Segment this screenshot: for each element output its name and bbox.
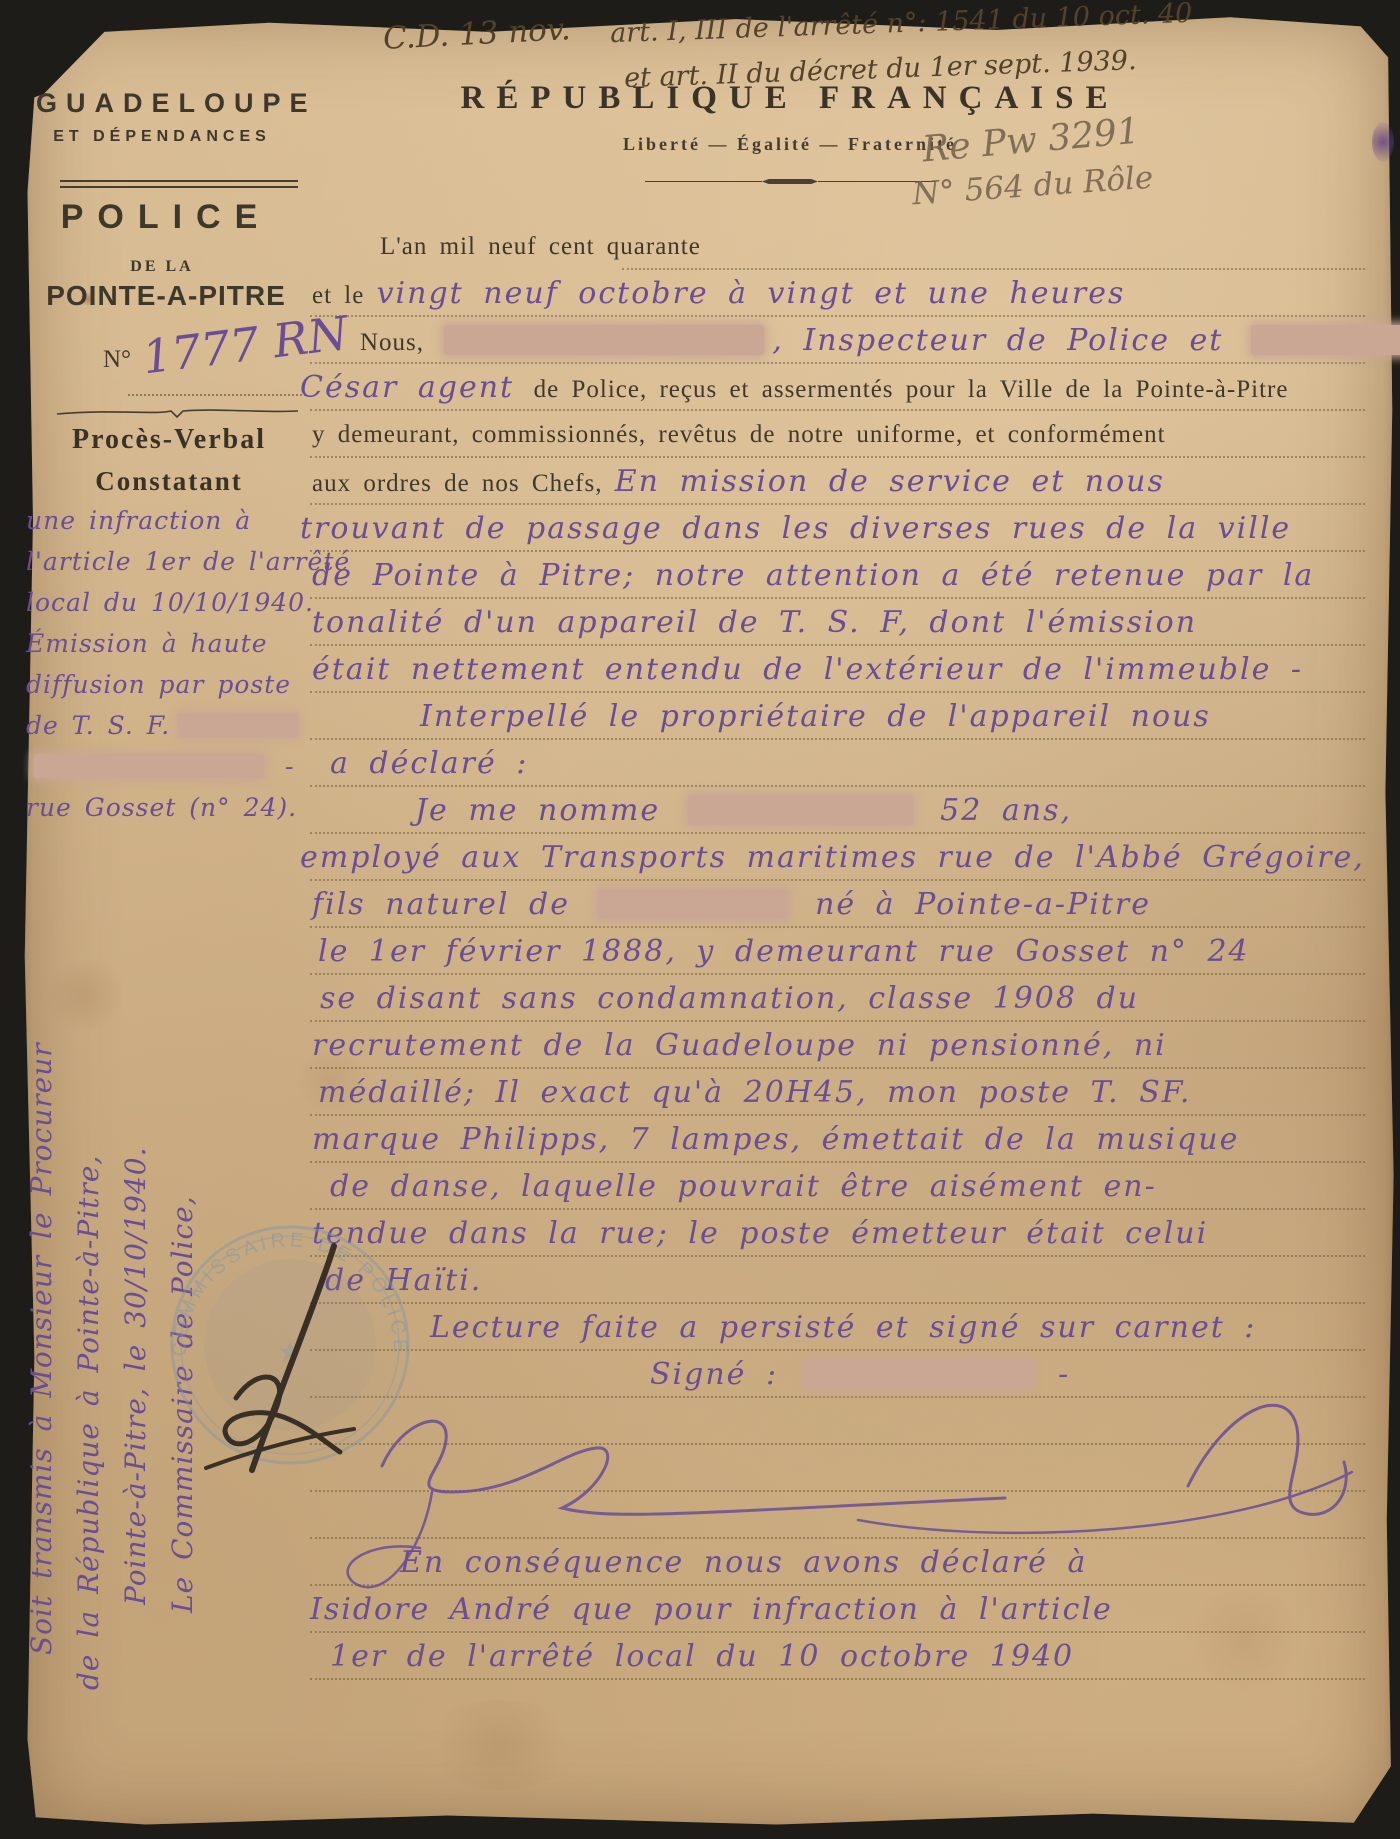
handwritten-text: de Haïti. (325, 1263, 482, 1298)
handwritten-text: César agent (300, 370, 534, 405)
body-line: César agent de Police, reçus et assermen… (300, 365, 1288, 411)
handwritten-text: diffusion par poste (26, 670, 291, 699)
case-number-label: N° (103, 346, 131, 374)
body-line: y demeurant, commissionnés, revêtus de n… (312, 412, 1166, 458)
letterhead-region-sub: ET DÉPENDANCES (36, 128, 288, 146)
handwritten-text: de Pointe à Pitre; notre attention a été… (312, 558, 1314, 593)
handwritten-text: tendue dans la rue; le poste émetteur ét… (312, 1216, 1208, 1251)
body-line: employé aux Transports maritimes rue de … (300, 835, 1365, 881)
body-line: tonalité d'un appareil de T. S. F, dont … (312, 600, 1197, 646)
body-line: Nous, , Inspecteur de Police et (360, 318, 1400, 364)
body-line: de Pointe à Pitre; notre attention a été… (312, 553, 1314, 599)
ruled-dotted-line (310, 1443, 1365, 1445)
ruled-dotted-line (310, 1537, 1365, 1539)
transmittal-line: Pointe-à-Pitre, le 30/10/1940. (112, 915, 159, 1705)
doc-type-line1: Procès-Verbal (24, 424, 314, 456)
body-line: trouvant de passage dans les diverses ru… (300, 506, 1291, 552)
printed-form-text: y demeurant, commissionnés, revêtus de n… (312, 421, 1166, 448)
redacted-text (34, 754, 264, 778)
margin-note-line: de T. S. F. (26, 705, 306, 746)
handwritten-text: En mission de service et nous (615, 464, 1165, 499)
body-line: de danse, laquelle pouvrait être aisémen… (330, 1164, 1157, 1210)
handwritten-text: Je me nomme (415, 793, 680, 828)
body-line: marque Philipps, 7 lampes, émettait de l… (312, 1117, 1239, 1163)
body-line: L'an mil neuf cent quarante (380, 224, 701, 270)
body-line: se disant sans condamnation, classe 1908… (320, 976, 1139, 1022)
body-line: le 1er février 1888, y demeurant rue Gos… (318, 929, 1250, 975)
handwritten-text: Interpellé le propriétaire de l'appareil… (420, 699, 1211, 734)
handwritten-text: vingt neuf octobre à vingt et une heures (377, 276, 1126, 311)
margin-note-line: - (26, 746, 294, 787)
handwritten-text: 1er de l'arrêté local du 10 octobre 1940 (330, 1639, 1074, 1674)
handwritten-text: trouvant de passage dans les diverses ru… (300, 511, 1291, 546)
body-line: médaillé; Il exact qu'à 20H45, mon poste… (318, 1070, 1191, 1116)
handwritten-text: - (272, 752, 294, 781)
printed-form-text: de Police, reçus et assermentés pour la … (534, 376, 1289, 403)
handwritten-text: employé aux Transports maritimes rue de … (300, 840, 1365, 875)
margin-note-line: Émission à haute (26, 623, 268, 664)
margin-note-line: local du 10/10/1940. (26, 582, 314, 623)
scanned-document-page: GUADELOUPE ET DÉPENDANCES POLICE DE LA P… (0, 0, 1400, 1839)
handwritten-text: de T. S. F. (26, 711, 170, 740)
handwritten-text: de danse, laquelle pouvrait être aisémen… (330, 1169, 1157, 1204)
body-line: et le vingt neuf octobre à vingt et une … (312, 271, 1125, 317)
redacted-text (1251, 325, 1400, 355)
handwritten-text: médaillé; Il exact qu'à 20H45, mon poste… (318, 1075, 1191, 1110)
body-line: était nettement entendu de l'extérieur d… (312, 647, 1303, 693)
handwritten-text: Lecture faite a persisté et signé sur ca… (430, 1310, 1256, 1345)
handwritten-text: l'article 1er de l'arrêté (26, 547, 350, 576)
transmittal-line: Soit transmis à Monsieur le Procureur (18, 915, 65, 1705)
letterhead-org-mid: DE LA (36, 258, 288, 276)
printed-form-text: Nous, (360, 329, 436, 356)
body-line: Signé : - (650, 1352, 1070, 1398)
letterhead-city: POINTE-A-PITRE (24, 280, 308, 312)
redacted-text (806, 1359, 1031, 1389)
handwritten-text: se disant sans condamnation, classe 1908… (320, 981, 1139, 1016)
transmittal-line: Le Commissaire de Police, (159, 915, 206, 1705)
ruled-dotted-line (310, 1490, 1365, 1492)
handwritten-text: fils naturel de (312, 887, 590, 922)
body-line: Lecture faite a persisté et signé sur ca… (430, 1305, 1256, 1351)
handwritten-text: Émission à haute (26, 629, 268, 658)
handwritten-text: - (1039, 1357, 1071, 1392)
handwritten-text: tonalité d'un appareil de T. S. F, dont … (312, 605, 1197, 640)
handwritten-text: a déclaré : (330, 746, 528, 781)
body-line: Isidore André que pour infraction à l'ar… (310, 1587, 1113, 1633)
margin-note-line: diffusion par poste (26, 664, 291, 705)
handwritten-text: , Inspecteur de Police et (772, 323, 1243, 358)
letterhead-region: GUADELOUPE (36, 88, 288, 119)
handwritten-text: était nettement entendu de l'extérieur d… (312, 652, 1303, 687)
handwritten-text: En conséquence nous avons déclaré à (400, 1545, 1087, 1580)
body-line: tendue dans la rue; le poste émetteur ét… (312, 1211, 1208, 1257)
printed-form-text: et le (312, 282, 377, 309)
ornament-divider (645, 178, 935, 185)
letterhead-org: POLICE (36, 198, 296, 237)
handwritten-text: 52 ans, (921, 793, 1072, 828)
handwritten-text: Isidore André que pour infraction à l'ar… (310, 1592, 1113, 1627)
handwritten-text: local du 10/10/1940. (26, 588, 314, 617)
printed-form-text: aux ordres de nos Chefs, (312, 470, 615, 497)
body-line: Je me nomme 52 ans, (415, 788, 1072, 834)
handwritten-text: recrutement de la Guadeloupe ni pensionn… (312, 1028, 1167, 1063)
body-line: recrutement de la Guadeloupe ni pensionn… (312, 1023, 1167, 1069)
body-line: fils naturel de né à Pointe-a-Pitre (312, 882, 1151, 928)
transmittal-note-rotated: Soit transmis à Monsieur le Procureurde … (18, 915, 208, 1705)
redacted-text (688, 795, 913, 825)
doc-type-line2: Constatant (24, 466, 314, 497)
case-number-dotted-line (128, 394, 306, 396)
redacted-text (444, 325, 764, 355)
handwritten-text: une infraction à (26, 506, 251, 535)
handwritten-text: Signé : (650, 1357, 798, 1392)
margin-note-line: une infraction à (26, 500, 251, 541)
margin-note-line: rue Gosset (n° 24). (26, 787, 297, 828)
redacted-text (178, 713, 298, 737)
handwritten-text: né à Pointe-a-Pitre (796, 887, 1151, 922)
handwritten-text: rue Gosset (n° 24). (26, 793, 297, 822)
body-line: aux ordres de nos Chefs, En mission de s… (312, 459, 1165, 505)
transmittal-line: de la République à Pointe-à-Pitre, (65, 915, 112, 1705)
ruled-dotted-line (622, 268, 1365, 270)
body-line: En conséquence nous avons déclaré à (400, 1540, 1087, 1586)
redacted-text (598, 889, 788, 919)
body-line: de Haïti. (325, 1258, 482, 1304)
body-line: 1er de l'arrêté local du 10 octobre 1940 (330, 1634, 1074, 1680)
printed-form-text: L'an mil neuf cent quarante (380, 233, 701, 260)
body-line: a déclaré : (330, 741, 528, 787)
letterhead-double-rule (60, 180, 298, 188)
body-line: Interpellé le propriétaire de l'appareil… (420, 694, 1211, 740)
handwritten-text: le 1er février 1888, y demeurant rue Gos… (318, 934, 1250, 969)
letterhead-bracket-rule (55, 406, 300, 420)
margin-note-line: l'article 1er de l'arrêté (26, 541, 350, 582)
handwritten-text: marque Philipps, 7 lampes, émettait de l… (312, 1122, 1239, 1157)
